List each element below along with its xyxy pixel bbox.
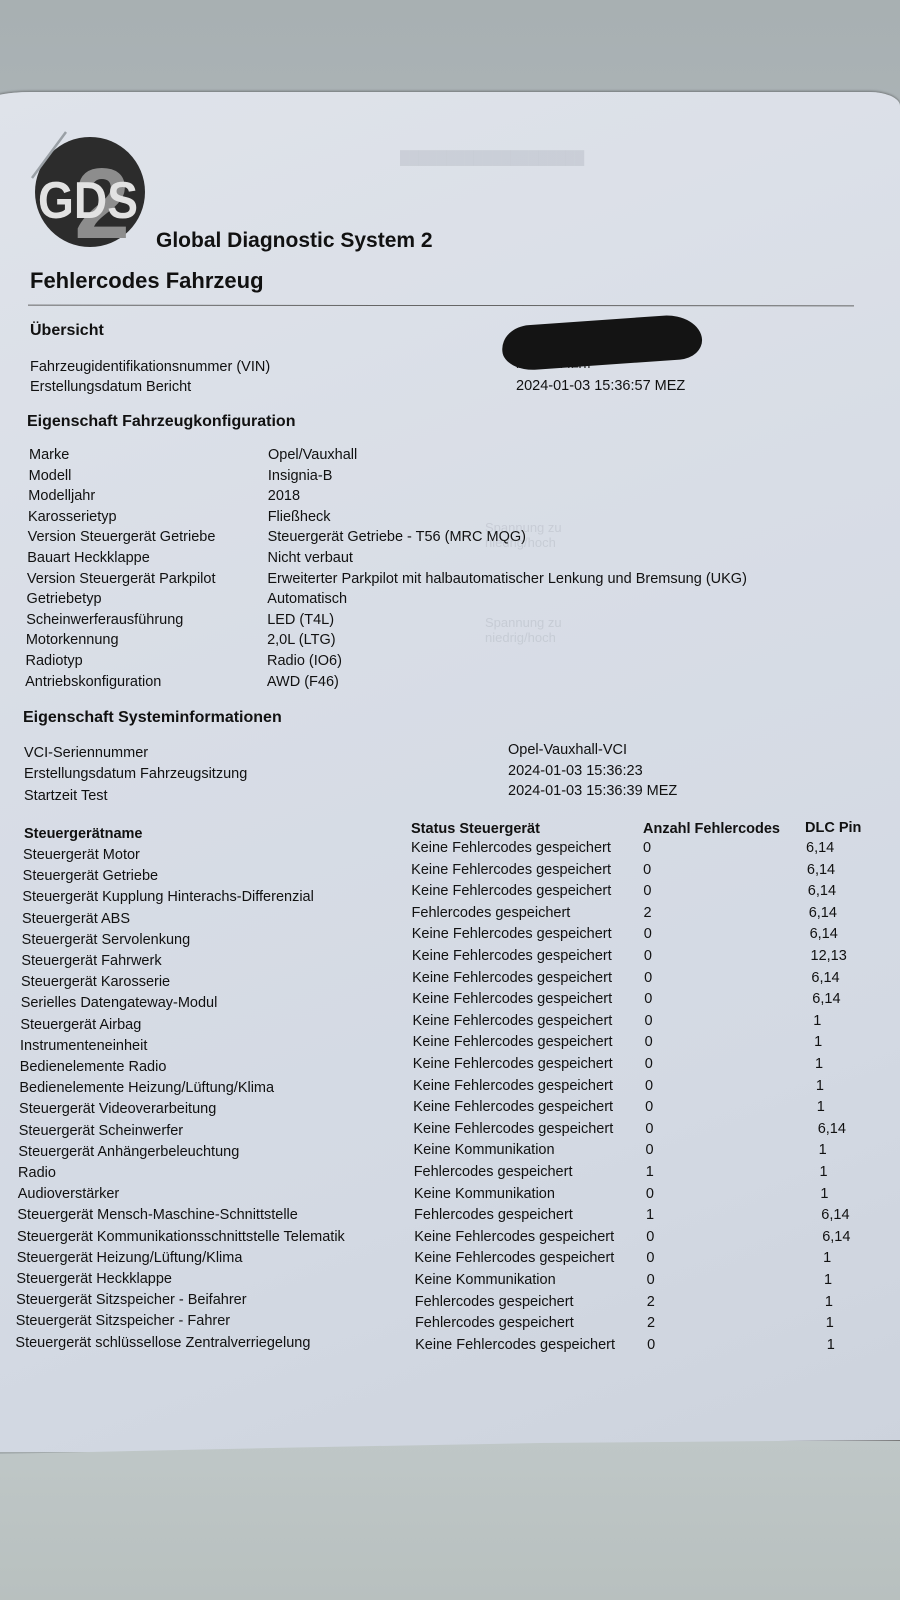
ecu-status: Keine Fehlercodes gespeichert: [412, 948, 612, 964]
config-label: Scheinwerferausführung: [26, 612, 183, 628]
ecu-name: Steuergerät Fahrwerk: [21, 953, 161, 969]
ecu-status: Keine Fehlercodes gespeichert: [412, 970, 612, 986]
report-date-value: 2024-01-03 15:36:57 MEZ: [516, 378, 685, 394]
ecu-fault-count: 2: [647, 1294, 655, 1310]
ecu-name: Bedienelemente Radio: [20, 1059, 167, 1075]
ecu-fault-count: 2: [644, 905, 652, 921]
ecu-name: Steuergerät Kupplung Hinterachs-Differen…: [22, 889, 314, 905]
config-value: Nicht verbaut: [268, 550, 353, 566]
col-header-dlc-pin: DLC Pin: [805, 820, 861, 836]
ecu-status: Keine Fehlercodes gespeichert: [414, 1250, 614, 1266]
bleed-through: Spannung zuniedrig/hoch: [485, 615, 562, 645]
ecu-dlc-pin: 1: [814, 1034, 822, 1050]
background-surface: [0, 0, 900, 100]
col-header-count: Anzahl Fehlercodes: [643, 821, 780, 837]
ecu-status: Keine Fehlercodes gespeichert: [413, 1056, 613, 1072]
report-date-label: Erstellungsdatum Bericht: [30, 379, 191, 395]
ecu-status: Keine Fehlercodes gespeichert: [413, 1078, 613, 1094]
overview-heading: Übersicht: [30, 322, 104, 340]
app-title: Global Diagnostic System 2: [156, 229, 433, 253]
config-value: Radio (IO6): [267, 653, 342, 669]
ecu-status: Fehlercodes gespeichert: [412, 905, 571, 921]
ecu-dlc-pin: 1: [819, 1142, 827, 1158]
config-value: Erweiterter Parkpilot mit halbautomatisc…: [267, 571, 747, 587]
ecu-dlc-pin: 12,13: [811, 948, 847, 964]
ecu-dlc-pin: 1: [826, 1315, 834, 1331]
ecu-fault-count: 1: [646, 1164, 654, 1180]
ecu-dlc-pin: 6,14: [809, 905, 837, 921]
config-label: Getriebetyp: [27, 591, 102, 607]
ecu-status: Keine Fehlercodes gespeichert: [414, 1229, 614, 1245]
ecu-name: Steuergerät Anhängerbeleuchtung: [18, 1144, 239, 1160]
ecu-name: Steuergerät schlüssellose Zentralverrieg…: [15, 1335, 310, 1351]
ecu-name: Bedienelemente Heizung/Lüftung/Klima: [19, 1080, 274, 1096]
config-value: Insignia-B: [268, 468, 332, 484]
ecu-fault-count: 0: [643, 840, 651, 856]
ecu-status: Keine Fehlercodes gespeichert: [413, 1034, 613, 1050]
ecu-fault-count: 0: [647, 1272, 655, 1288]
ecu-status: Keine Fehlercodes gespeichert: [411, 862, 611, 878]
ecu-name: Steuergerät Sitzspeicher - Fahrer: [16, 1313, 230, 1329]
ecu-dlc-pin: 1: [817, 1099, 825, 1115]
config-label: Motorkennung: [26, 632, 119, 648]
config-label: Modell: [29, 468, 72, 484]
ecu-name: Instrumenteneinheit: [20, 1038, 147, 1054]
ecu-fault-count: 0: [646, 1186, 654, 1202]
ecu-status: Keine Kommunikation: [415, 1272, 556, 1288]
ecu-name: Radio: [18, 1165, 56, 1181]
config-value: 2,0L (LTG): [267, 632, 336, 648]
config-label: Marke: [29, 447, 69, 463]
ecu-dlc-pin: 6,14: [810, 926, 838, 942]
config-value: Opel/Vauxhall: [268, 447, 357, 463]
system-info-label: Erstellungsdatum Fahrzeugsitzung: [24, 766, 247, 782]
ecu-status: Fehlercodes gespeichert: [415, 1294, 574, 1310]
config-label: Karosserietyp: [28, 509, 117, 525]
ecu-fault-count: 0: [644, 1013, 652, 1029]
ecu-status: Keine Fehlercodes gespeichert: [412, 1013, 612, 1029]
gds2-logo-icon: 2 GDS: [30, 130, 150, 250]
ecu-fault-count: 0: [647, 1337, 655, 1353]
config-value: LED (T4L): [267, 612, 334, 628]
ecu-name: Steuergerät Airbag: [20, 1017, 141, 1033]
ecu-dlc-pin: 1: [823, 1250, 831, 1266]
ecu-dlc-pin: 6,14: [806, 840, 834, 856]
ecu-dlc-pin: 6,14: [822, 1229, 850, 1245]
ecu-dlc-pin: 1: [813, 1013, 821, 1029]
ecu-name: Serielles Datengateway-Modul: [21, 995, 218, 1011]
report-title: Fehlercodes Fahrzeug: [30, 268, 264, 294]
ecu-dlc-pin: 1: [824, 1272, 832, 1288]
ecu-dlc-pin: 6,14: [818, 1121, 846, 1137]
ecu-status: Keine Fehlercodes gespeichert: [411, 840, 611, 856]
vehicle-config-heading: Eigenschaft Fahrzeugkonfiguration: [27, 413, 295, 431]
ecu-name: Steuergerät Kommunikationsschnittstelle …: [17, 1229, 345, 1245]
config-label: Modelljahr: [28, 488, 95, 504]
system-info-heading: Eigenschaft Systeminformationen: [23, 709, 282, 727]
ecu-fault-count: 0: [644, 991, 652, 1007]
ecu-fault-count: 0: [645, 1121, 653, 1137]
system-info-value: 2024-01-03 15:36:23: [508, 763, 643, 779]
ecu-status: Keine Fehlercodes gespeichert: [413, 1099, 613, 1115]
ecu-name: Steuergerät Videoverarbeitung: [19, 1101, 216, 1117]
col-header-status: Status Steuergerät: [411, 821, 540, 837]
ecu-fault-count: 0: [644, 970, 652, 986]
ecu-status: Fehlercodes gespeichert: [414, 1207, 573, 1223]
ecu-fault-count: 0: [645, 1056, 653, 1072]
ecu-fault-count: 1: [646, 1207, 654, 1223]
ecu-fault-count: 0: [646, 1250, 654, 1266]
ecu-dlc-pin: 6,14: [812, 991, 840, 1007]
col-header-name: Steuergerätname: [24, 826, 142, 842]
ecu-dlc-pin: 6,14: [811, 970, 839, 986]
ecu-fault-count: 2: [647, 1315, 655, 1331]
ecu-fault-count: 0: [643, 862, 651, 878]
vin-label: Fahrzeugidentifikationsnummer (VIN): [30, 359, 270, 375]
system-info-label: VCI-Seriennummer: [24, 745, 148, 761]
svg-text:GDS: GDS: [38, 172, 138, 230]
ecu-fault-count: 0: [644, 926, 652, 942]
ecu-status: Keine Fehlercodes gespeichert: [412, 991, 612, 1007]
ecu-name: Steuergerät Servolenkung: [22, 932, 190, 948]
config-label: Version Steuergerät Getriebe: [28, 529, 216, 545]
system-info-value: 2024-01-03 15:36:39 MEZ: [508, 783, 677, 799]
ecu-name: Steuergerät Motor: [23, 847, 140, 863]
ecu-name: Steuergerät Karosserie: [21, 974, 170, 990]
ecu-status: Keine Kommunikation: [414, 1186, 555, 1202]
config-value: Fließheck: [268, 509, 331, 525]
ecu-name: Steuergerät Heizung/Lüftung/Klima: [17, 1250, 243, 1266]
config-label: Version Steuergerät Parkpilot: [27, 571, 216, 587]
ecu-dlc-pin: 6,14: [821, 1207, 849, 1223]
ecu-fault-count: 0: [644, 948, 652, 964]
config-value: AWD (F46): [267, 674, 339, 690]
ecu-status: Fehlercodes gespeichert: [415, 1315, 574, 1331]
ecu-name: Steuergerät Getriebe: [23, 868, 158, 884]
ecu-name: Steuergerät Scheinwerfer: [19, 1123, 183, 1139]
ecu-dlc-pin: 6,14: [808, 883, 836, 899]
ecu-name: Steuergerät Sitzspeicher - Beifahrer: [16, 1292, 247, 1308]
ecu-dlc-pin: 1: [820, 1164, 828, 1180]
ecu-name: Steuergerät ABS: [22, 911, 130, 927]
bleed-through: Spannung zuniedrig/hoch: [485, 520, 562, 550]
ecu-fault-count: 0: [645, 1078, 653, 1094]
table-surface: [0, 1440, 900, 1600]
system-info-label: Startzeit Test: [24, 788, 108, 804]
config-label: Radiotyp: [26, 653, 83, 669]
ecu-dlc-pin: 1: [820, 1186, 828, 1202]
config-value: Automatisch: [267, 591, 347, 607]
config-label: Bauart Heckklappe: [27, 550, 150, 566]
ecu-dlc-pin: 1: [825, 1294, 833, 1310]
ecu-fault-count: 0: [643, 883, 651, 899]
ecu-name: Audioverstärker: [18, 1186, 120, 1202]
ecu-dlc-pin: 1: [815, 1056, 823, 1072]
ecu-status: Keine Fehlercodes gespeichert: [415, 1337, 615, 1353]
config-value: 2018: [268, 488, 300, 504]
system-info-value: Opel-Vauxhall-VCI: [508, 742, 627, 758]
ecu-fault-count: 0: [645, 1099, 653, 1115]
config-label: Antriebskonfiguration: [25, 674, 161, 690]
ecu-status: Keine Fehlercodes gespeichert: [413, 1121, 613, 1137]
ecu-fault-count: 0: [646, 1142, 654, 1158]
ecu-dlc-pin: 6,14: [807, 862, 835, 878]
ecu-status: Keine Fehlercodes gespeichert: [412, 926, 612, 942]
ecu-dlc-pin: 1: [816, 1078, 824, 1094]
ecu-status: Keine Fehlercodes gespeichert: [411, 883, 611, 899]
bleed-through: ████████████████████: [400, 150, 584, 165]
ecu-fault-count: 0: [645, 1034, 653, 1050]
ecu-dlc-pin: 1: [827, 1337, 835, 1353]
ecu-name: Steuergerät Heckklappe: [16, 1271, 172, 1287]
ecu-name: Steuergerät Mensch-Maschine-Schnittstell…: [17, 1207, 297, 1223]
ecu-status: Fehlercodes gespeichert: [414, 1164, 573, 1180]
ecu-fault-count: 0: [646, 1229, 654, 1245]
ecu-status: Keine Kommunikation: [414, 1142, 555, 1158]
